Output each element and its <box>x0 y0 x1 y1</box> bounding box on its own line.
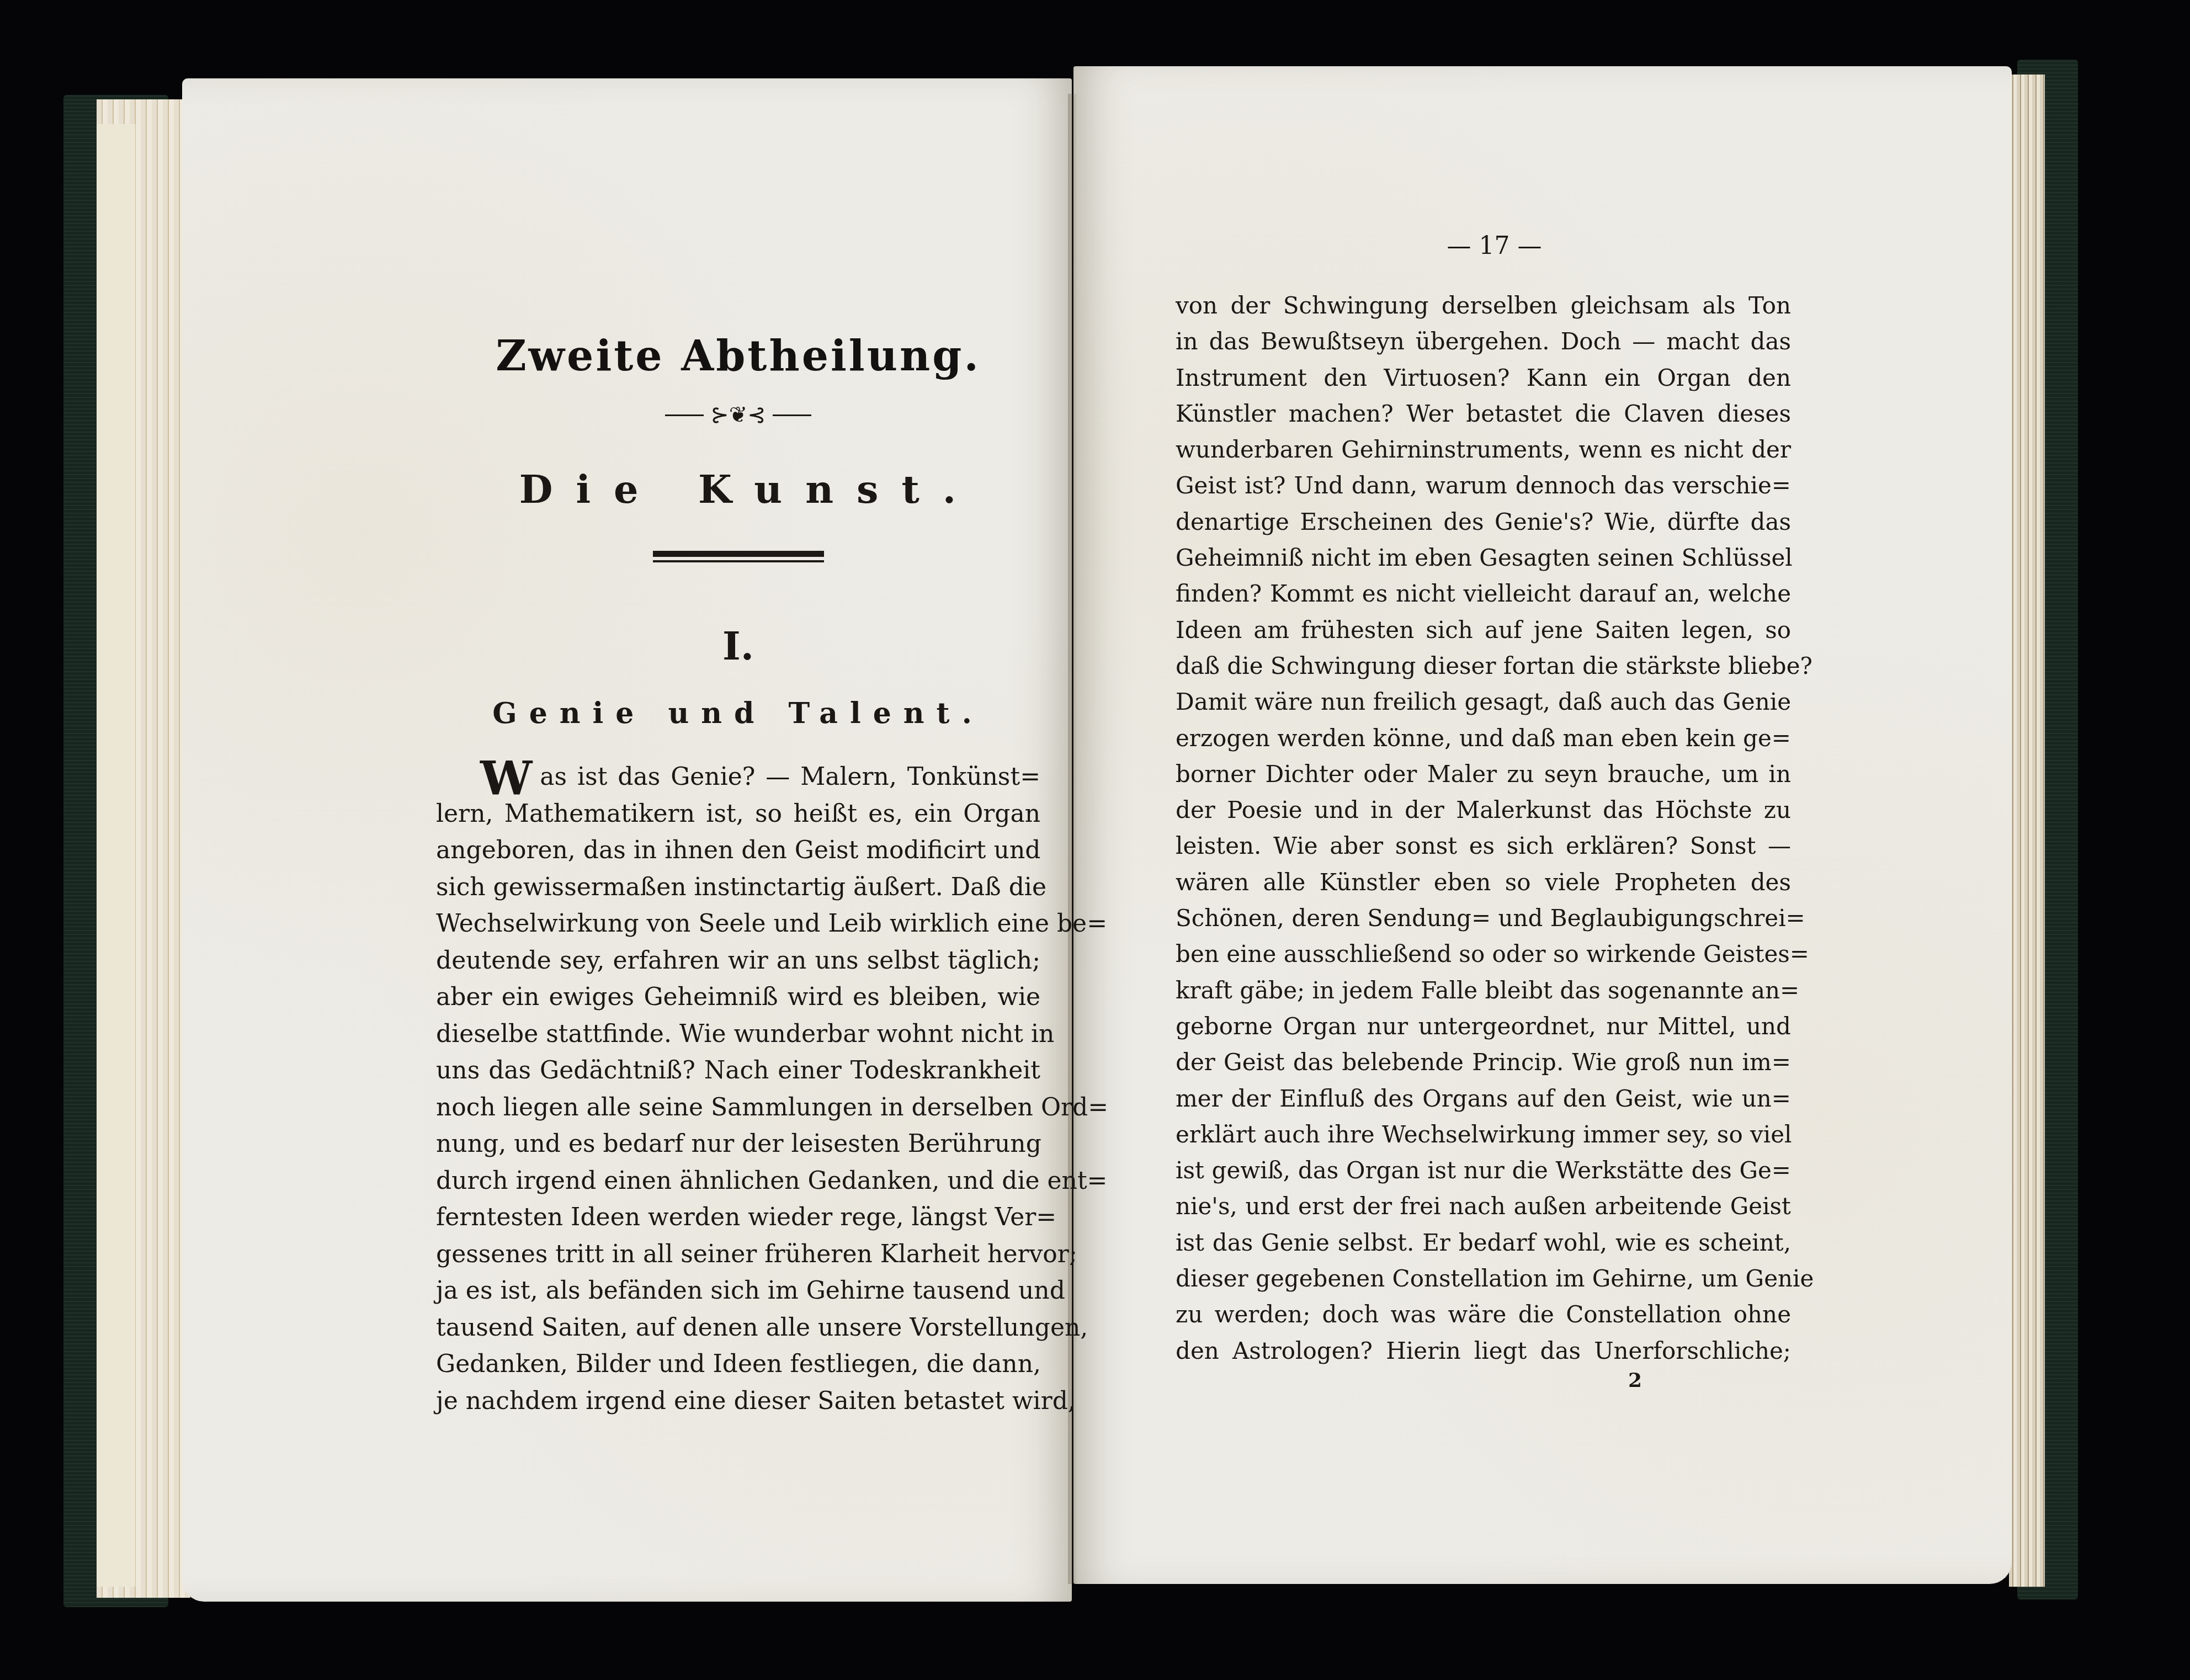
text-line: in das Bewußtseyn übergehen. Doch — mach… <box>1176 323 1791 359</box>
text-line: je nachdem irgend eine dieser Saiten bet… <box>436 1383 1040 1420</box>
right-page-content: — 17 — von der Schwingung derselben glei… <box>1176 232 1791 1369</box>
text-line: ja es ist, als befänden sich im Gehirne … <box>436 1273 1040 1310</box>
text-line: ben eine ausschließend so oder so wirken… <box>1176 936 1791 972</box>
text-line: borner Dichter oder Maler zu seyn brauch… <box>1176 756 1791 792</box>
text-line: wären alle Künstler eben so viele Prophe… <box>1176 864 1791 900</box>
page-number: — 17 — <box>1198 232 1791 260</box>
text-line: lern, Mathematikern ist, so heißt es, ei… <box>436 796 1040 833</box>
text-line: noch liegen alle seine Sammlungen in der… <box>436 1089 1040 1126</box>
text-line: daß die Schwingung dieser fortan die stä… <box>1176 648 1791 684</box>
text-line: der Geist das belebende Princip. Wie gro… <box>1176 1044 1791 1080</box>
text-line: sich gewissermaßen instinctartig äußert.… <box>436 869 1040 906</box>
text-line: dieselbe stattfinde. Wie wunderbar wohnt… <box>436 1016 1040 1053</box>
chapter-number: I. <box>436 623 1040 669</box>
book-gutter <box>1068 94 1077 1584</box>
double-rule-divider <box>653 551 824 562</box>
text-line: Damit wäre nun freilich gesagt, daß auch… <box>1176 684 1791 720</box>
text-line: kraft gäbe; in jedem Falle bleibt das so… <box>1176 972 1791 1008</box>
text-line: der Poesie und in der Malerkunst das Höc… <box>1176 792 1791 828</box>
text-line: Instrument den Virtuosen? Kann ein Organ… <box>1176 360 1791 396</box>
part-title: Zweite Abtheilung. <box>436 331 1040 380</box>
right-body-text: von der Schwingung derselben gleichsam a… <box>1176 288 1791 1369</box>
left-page-content: Zweite Abtheilung. ⊱❦⊰ Die Kunst. I. Gen… <box>436 331 1040 1420</box>
text-line: deutende sey, erfahren wir an uns selbst… <box>436 943 1040 980</box>
text-line: durch irgend einen ähnlichen Gedanken, u… <box>436 1163 1040 1200</box>
text-line: mer der Einfluß des Organs auf den Geist… <box>1176 1081 1791 1117</box>
signature-mark: 2 <box>1628 1369 1642 1392</box>
text-line: Schönen, deren Sendung= und Beglaubigung… <box>1176 900 1791 936</box>
text-line: nung, und es bedarf nur der leisesten Be… <box>436 1126 1040 1163</box>
text-line: zu werden; doch was wäre die Constellati… <box>1176 1296 1791 1332</box>
endpaper <box>97 124 135 1587</box>
text-line: geborne Organ nur untergeordnet, nur Mit… <box>1176 1008 1791 1044</box>
rule-thin <box>653 560 824 562</box>
text-line: Ideen am frühesten sich auf jene Saiten … <box>1176 612 1791 648</box>
page-stack-right <box>2009 75 2045 1587</box>
text-line: Geheimniß nicht im eben Gesagten seinen … <box>1176 540 1791 576</box>
text-line: gessenes tritt in all seiner früheren Kl… <box>436 1236 1040 1273</box>
text-line: ist das Genie selbst. Er bedarf wohl, wi… <box>1176 1225 1791 1261</box>
section-title: Die Kunst. <box>458 466 1040 512</box>
chapter-title: Genie und Talent. <box>436 697 1040 730</box>
drop-initial: W <box>480 762 532 795</box>
text-line: den Astrologen? Hierin liegt das Unerfor… <box>1176 1333 1791 1369</box>
text-line: Wechselwirkung von Seele und Leib wirkli… <box>436 906 1040 943</box>
text-line: dieser gegebenen Constellation im Gehirn… <box>1176 1261 1791 1296</box>
ornament-divider: ⊱❦⊰ <box>436 402 1040 428</box>
left-body-text: W as ist das Genie? — Malern, Tonkünst= … <box>436 759 1040 1420</box>
text-line: wunderbaren Gehirninstruments, wenn es n… <box>1176 432 1791 467</box>
text-line: Gedanken, Bilder und Ideen festliegen, d… <box>436 1346 1040 1383</box>
text-line: aber ein ewiges Geheimniß wird es bleibe… <box>436 979 1040 1016</box>
text-line: ferntesten Ideen werden wieder rege, län… <box>436 1199 1040 1236</box>
fleuron-icon: ⊱❦⊰ <box>710 402 766 428</box>
ornament-line <box>773 414 811 416</box>
text-line: leisten. Wie aber sonst es sich erklären… <box>1176 828 1791 864</box>
text-line: erzogen werden könne, und daß man eben k… <box>1176 720 1791 756</box>
text-line: angeboren, das in ihnen den Geist modifi… <box>436 832 1040 869</box>
text-line: ist gewiß, das Organ ist nur die Werkstä… <box>1176 1152 1791 1188</box>
rule-thick <box>653 551 824 557</box>
ornament-line <box>665 414 704 416</box>
text-line: Künstler machen? Wer betastet die Claven… <box>1176 396 1791 432</box>
text-line: Geist ist? Und dann, warum dennoch das v… <box>1176 467 1791 503</box>
text-line: denartige Erscheinen des Genie's? Wie, d… <box>1176 504 1791 540</box>
text-line: erklärt auch ihre Wechselwirkung immer s… <box>1176 1117 1791 1152</box>
text-line: tausend Saiten, auf denen alle unsere Vo… <box>436 1310 1040 1347</box>
text-line: von der Schwingung derselben gleichsam a… <box>1176 288 1791 323</box>
text-line: uns das Gedächtniß? Nach einer Todeskran… <box>436 1052 1040 1089</box>
text-line: nie's, und erst der frei nach außen arbe… <box>1176 1188 1791 1224</box>
text-line: finden? Kommt es nicht vielleicht darauf… <box>1176 576 1791 612</box>
